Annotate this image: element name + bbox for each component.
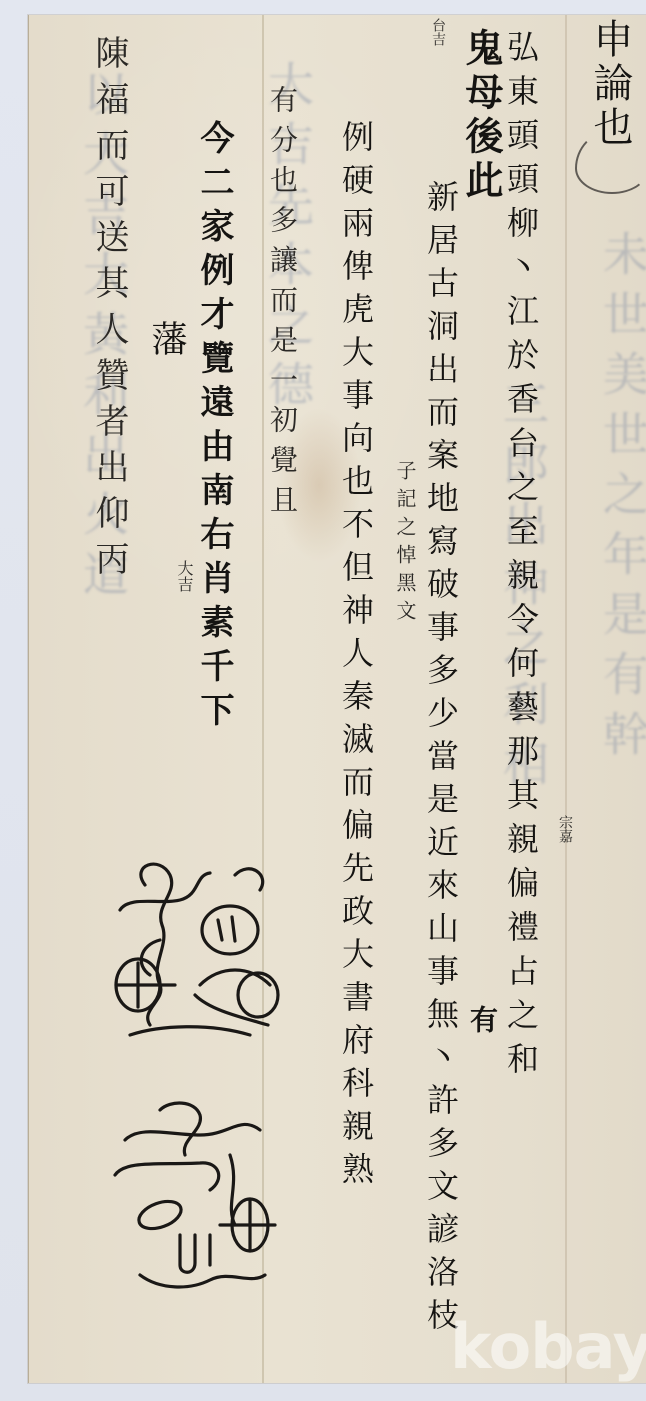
interlinear-gloss: 宗嘉 (555, 815, 575, 843)
text-annotation: 有 (468, 1005, 496, 1039)
text-column: 新居古洞出而案地寫破事多少當是近來山事無丶許多文諺洛枝 (425, 180, 457, 1341)
text-column: 有分也多讓而是一初覺且 (268, 85, 296, 525)
interlinear-gloss: 大吉 (173, 560, 196, 592)
text-column: 例硬兩俾虎大事向也不但神人秦滅而偏先政大書府科親熟 (340, 120, 372, 1195)
text-column: 藩 (148, 320, 184, 362)
kobay-watermark: kobay (450, 1310, 646, 1383)
text-column: 陳福而可送其人贊者出仰丙 (92, 35, 126, 587)
heading-circle-mark (575, 130, 646, 194)
interlinear-gloss: 台吉 (428, 18, 448, 46)
text-column: 弘東頭頭柳丶江於香台之至親令何藝那其親偏禮占之和 (505, 30, 537, 1086)
photo-stage: 以大吉大黃利出火道 大吉先本之德 未世美世之年是有幹 三郎出神之利相 申論也 弘… (0, 0, 646, 1401)
paper-fold-line (565, 15, 567, 1383)
interlinear-note: 子記之悼黑文 (395, 460, 415, 628)
talisman-seal-icon (100, 845, 280, 1045)
text-column: 今二家例才覽遠由南右肖素千下 (197, 120, 231, 736)
talisman-seal-icon (100, 1095, 280, 1295)
text-column: 鬼母後此 (462, 28, 500, 204)
bleed-through-text: 未世美世之年是有幹 (590, 230, 646, 770)
